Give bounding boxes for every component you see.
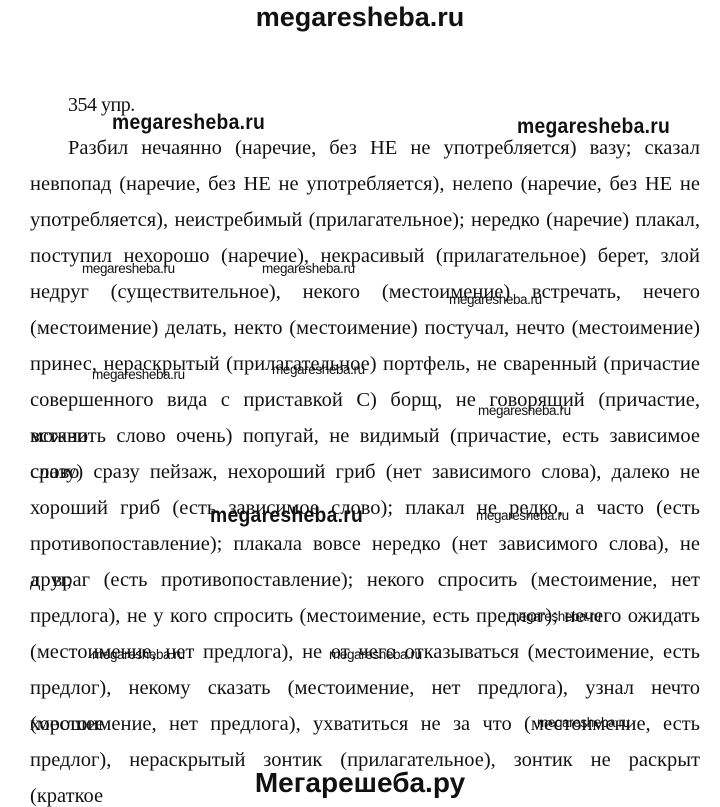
watermark: megaresheba.ru	[508, 609, 601, 624]
text-line: сразу) сразу пейзаж, нехороший гриб (нет…	[30, 454, 700, 490]
site-header-logo: megaresheba.ru	[0, 2, 720, 32]
watermark: megaresheba.ru	[92, 367, 185, 382]
text-line: недруг (существительное), некого (местои…	[30, 274, 700, 310]
text-line: хороший гриб (есть зависимое слово); пла…	[30, 490, 700, 526]
text-line: совершенного вида с приставкой С) борщ, …	[30, 382, 700, 418]
text-line: предлог), некому сказать (местоимение, н…	[30, 670, 700, 706]
text-line: противопоставление); плакала вовсе неред…	[30, 526, 700, 562]
watermark: megaresheba.ru	[537, 715, 630, 730]
watermark: megaresheba.ru	[262, 261, 355, 276]
site-footer-logo: Мегарешеба.ру	[0, 766, 720, 800]
text-line: невпопад (наречие, без НЕ не употребляет…	[30, 166, 700, 202]
watermark: megaresheba.ru	[476, 508, 569, 523]
watermark: megaresheba.ru	[210, 504, 363, 528]
watermark: megaresheba.ru	[449, 292, 542, 307]
watermark: megaresheba.ru	[112, 111, 265, 135]
text-line: (местоимение) делать, некто (местоимение…	[30, 310, 700, 346]
watermark: megaresheba.ru	[92, 647, 185, 662]
text-line: а враг (есть противопоставление); некого…	[30, 562, 700, 598]
watermark: megaresheba.ru	[478, 403, 571, 418]
watermark: megaresheba.ru	[272, 362, 365, 377]
watermark: megaresheba.ru	[517, 115, 670, 139]
exercise-answer-text: Разбил нечаянно (наречие, без НЕ не упот…	[30, 130, 700, 778]
watermark: megaresheba.ru	[329, 647, 422, 662]
text-line: употребляется), неистребимый (прилагател…	[30, 202, 700, 238]
text-line: вставить слово очень) попугай, не видимы…	[30, 418, 700, 454]
watermark: megaresheba.ru	[82, 261, 175, 276]
